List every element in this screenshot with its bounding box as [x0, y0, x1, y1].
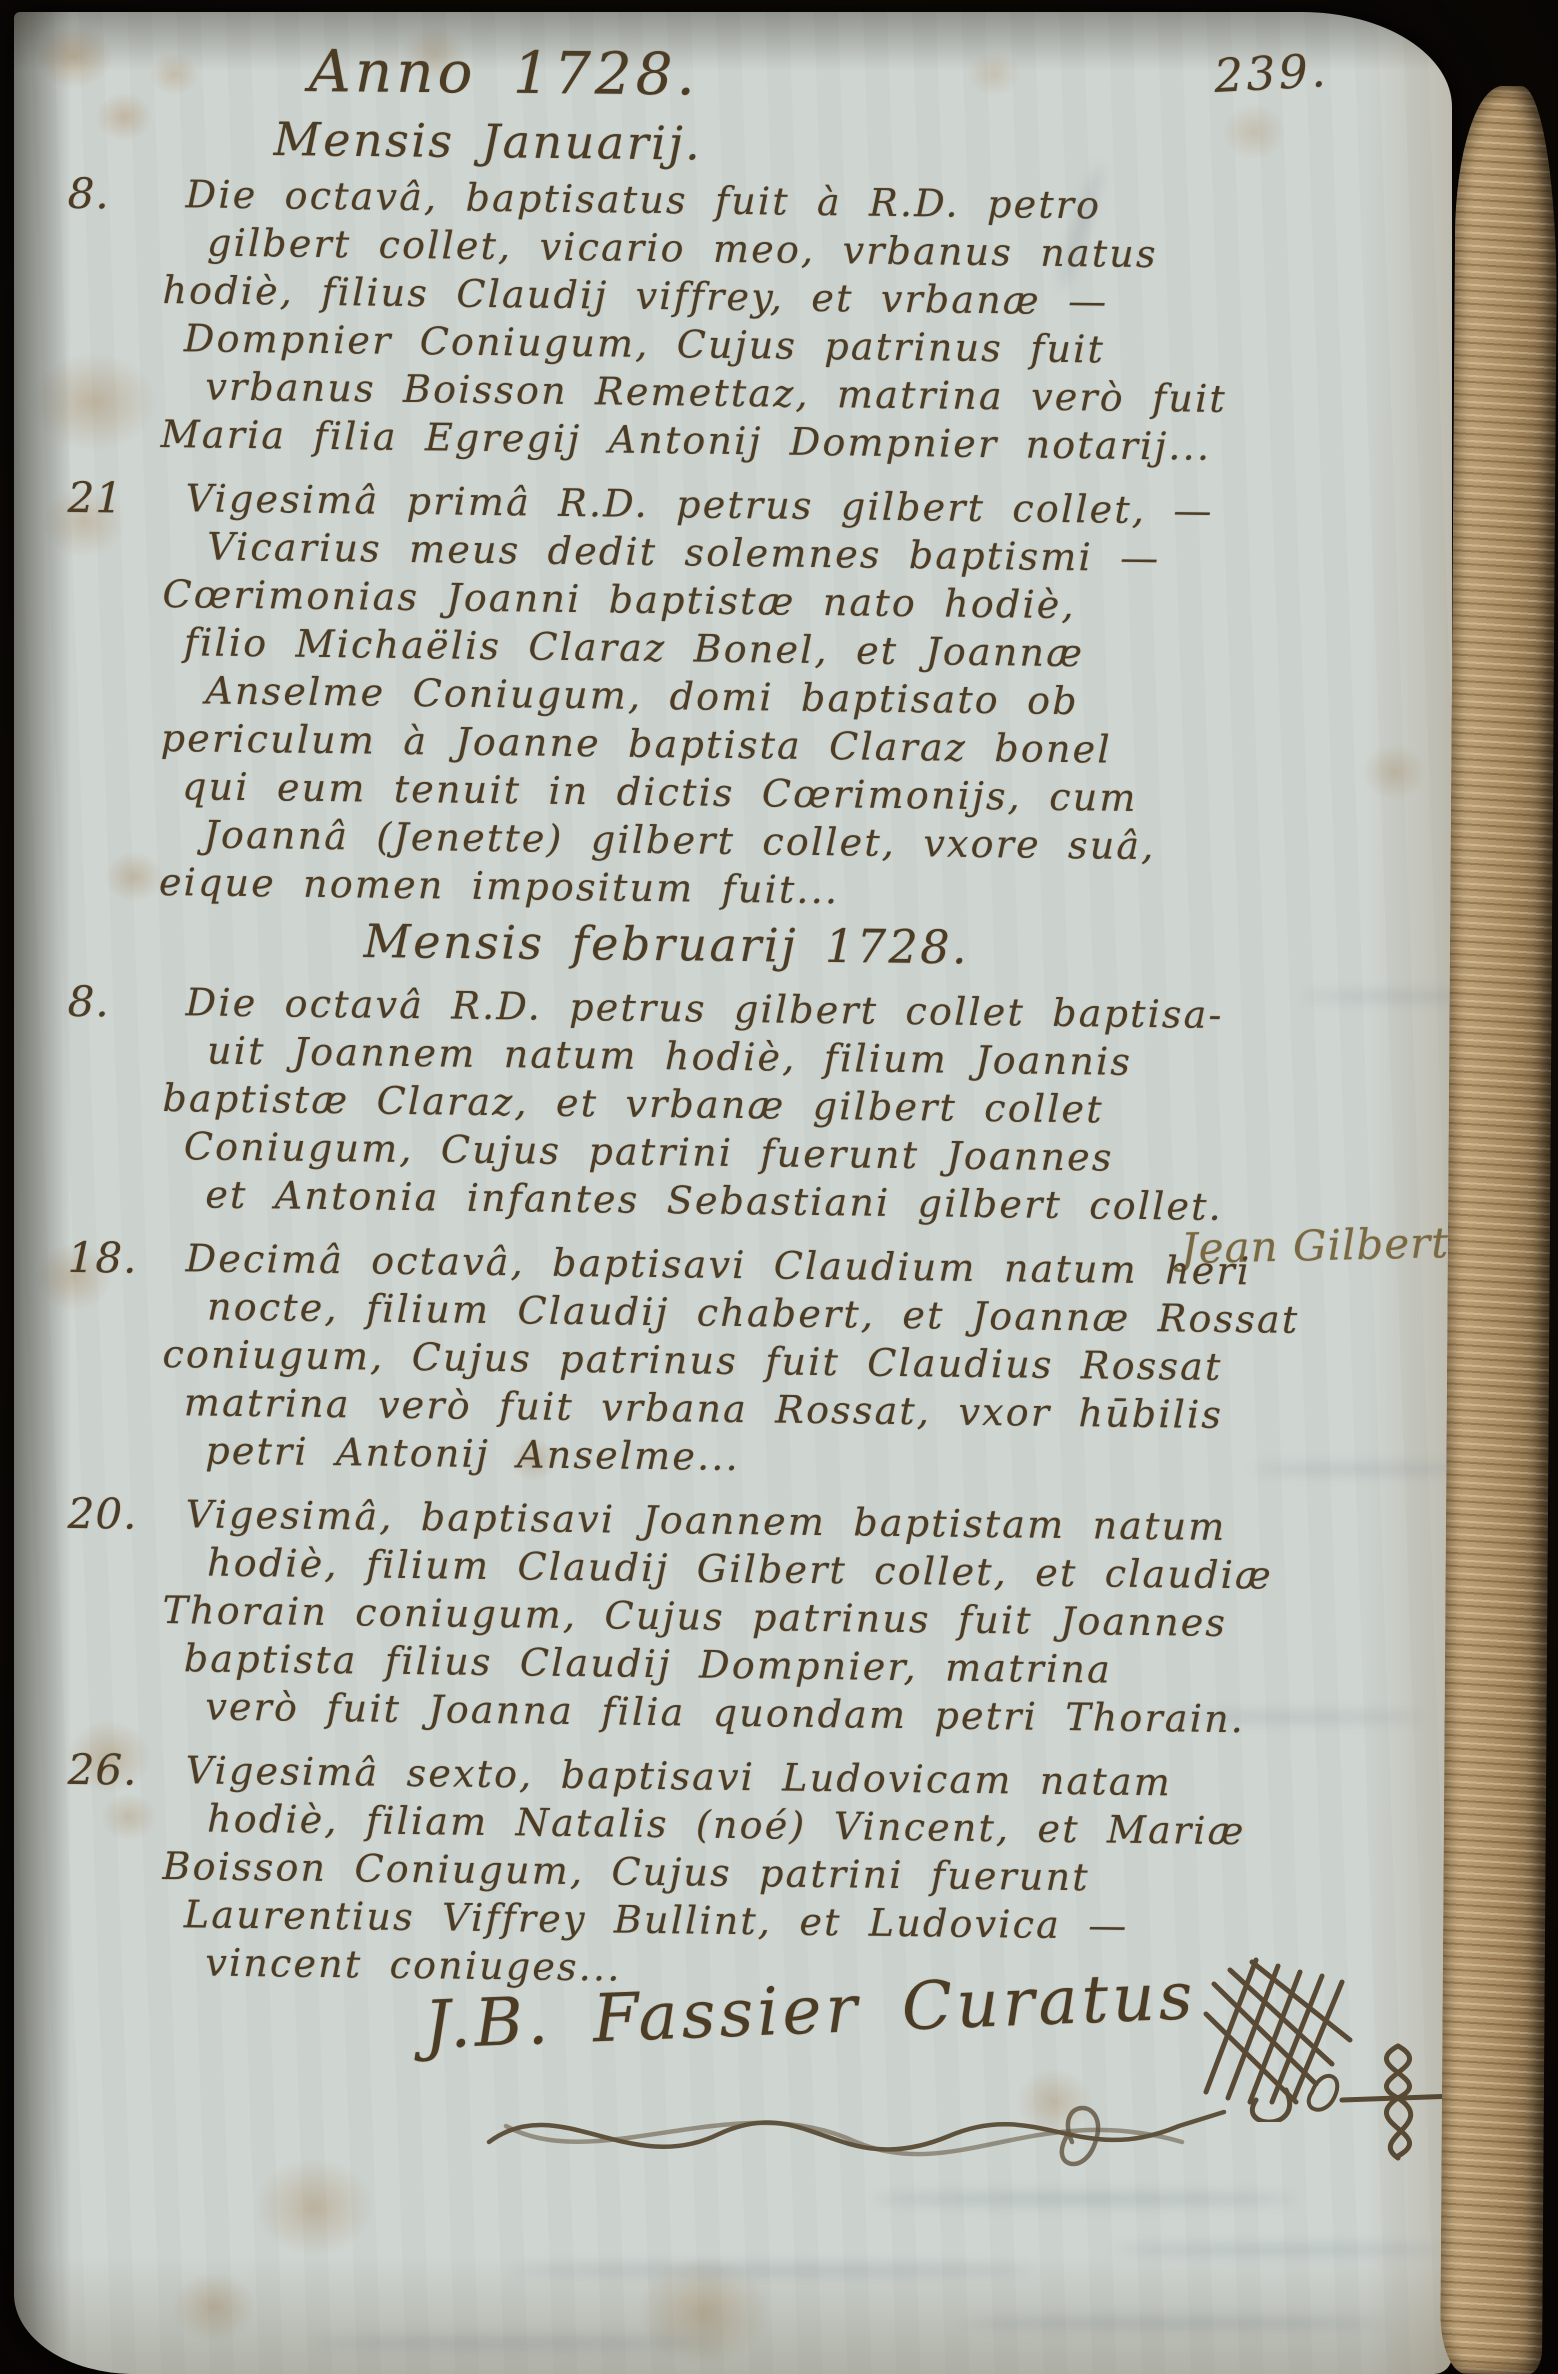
curate-signature: J.B. Fassier Curatus: [423, 1957, 1198, 2064]
register-entry: 20.Vigesimâ, baptisavi Joannem baptistam…: [161, 1490, 1446, 1746]
entry-day-number: 8.: [67, 977, 110, 1027]
show-through-mark: [514, 2264, 1034, 2276]
entry-day-number: 26.: [67, 1745, 137, 1795]
register-entry: 21Vigesimâ primâ R.D. petrus gilbert col…: [159, 474, 1446, 922]
month-heading: Mensis februarij 1728.: [363, 914, 1446, 979]
register-title: Anno 1728.: [309, 37, 1453, 115]
register-entry: 8.Die octavâ, baptisatus fuit à R.D. pet…: [160, 170, 1445, 474]
show-through-mark: [1254, 1464, 1474, 1474]
show-through-mark: [1114, 2244, 1444, 2256]
show-through-mark: [874, 2192, 1294, 2206]
register-entry: 8.Die octavâ R.D. petrus gilbert collet …: [161, 978, 1446, 1234]
register-body: Mensis Januarij.8.Die octavâ, baptisatus…: [164, 112, 1446, 1986]
month-heading: Mensis Januarij.: [273, 112, 1446, 178]
entry-day-number: 18.: [67, 1233, 137, 1283]
manuscript-page: 239. Anno 1728. Mensis Januarij.8.Die oc…: [14, 12, 1452, 2374]
show-through-mark: [964, 2317, 1384, 2329]
register-entry: 18.Decimâ octavâ, baptisavi Claudium nat…: [161, 1234, 1446, 1490]
entry-day-number: 20.: [67, 1489, 137, 1539]
page-edge-stack: [1440, 86, 1558, 2374]
entry-day-number: 8.: [67, 169, 110, 219]
curate-signature-block: J.B. Fassier Curatus: [314, 1950, 1494, 2190]
show-through-mark: [314, 2337, 714, 2349]
show-through-mark: [1164, 1712, 1424, 1722]
signature-underline-flourish: [474, 2070, 1254, 2200]
entry-day-number: 21: [67, 473, 123, 523]
photo-background: 239. Anno 1728. Mensis Januarij.8.Die oc…: [0, 0, 1558, 2374]
